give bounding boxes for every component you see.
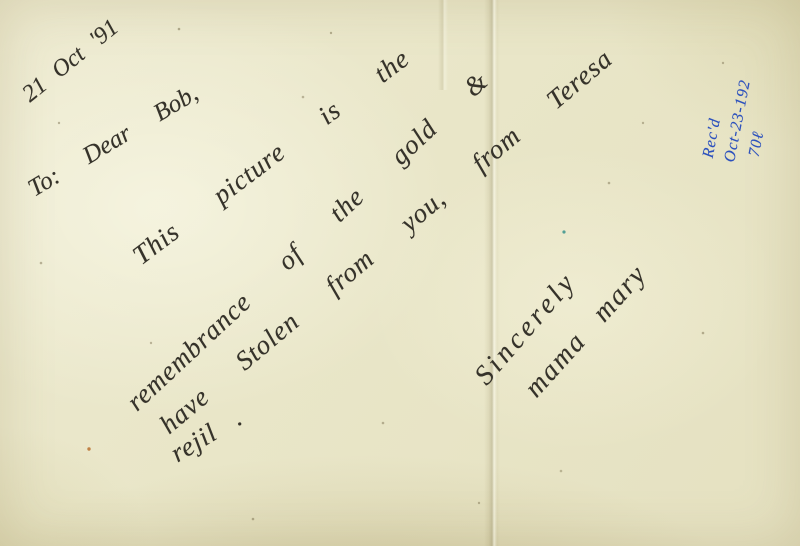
fold-crease-top xyxy=(438,0,448,90)
letter-photo: 21 Oct '91 To: Dear Bob, This picture is… xyxy=(0,0,800,546)
letter-date: 21 Oct '91 xyxy=(18,15,123,107)
paper-speckles xyxy=(0,0,2,2)
received-stamp: Rec'd Oct-23-192 70ℓ xyxy=(698,9,793,169)
salutation: To: Dear Bob, xyxy=(24,81,202,202)
